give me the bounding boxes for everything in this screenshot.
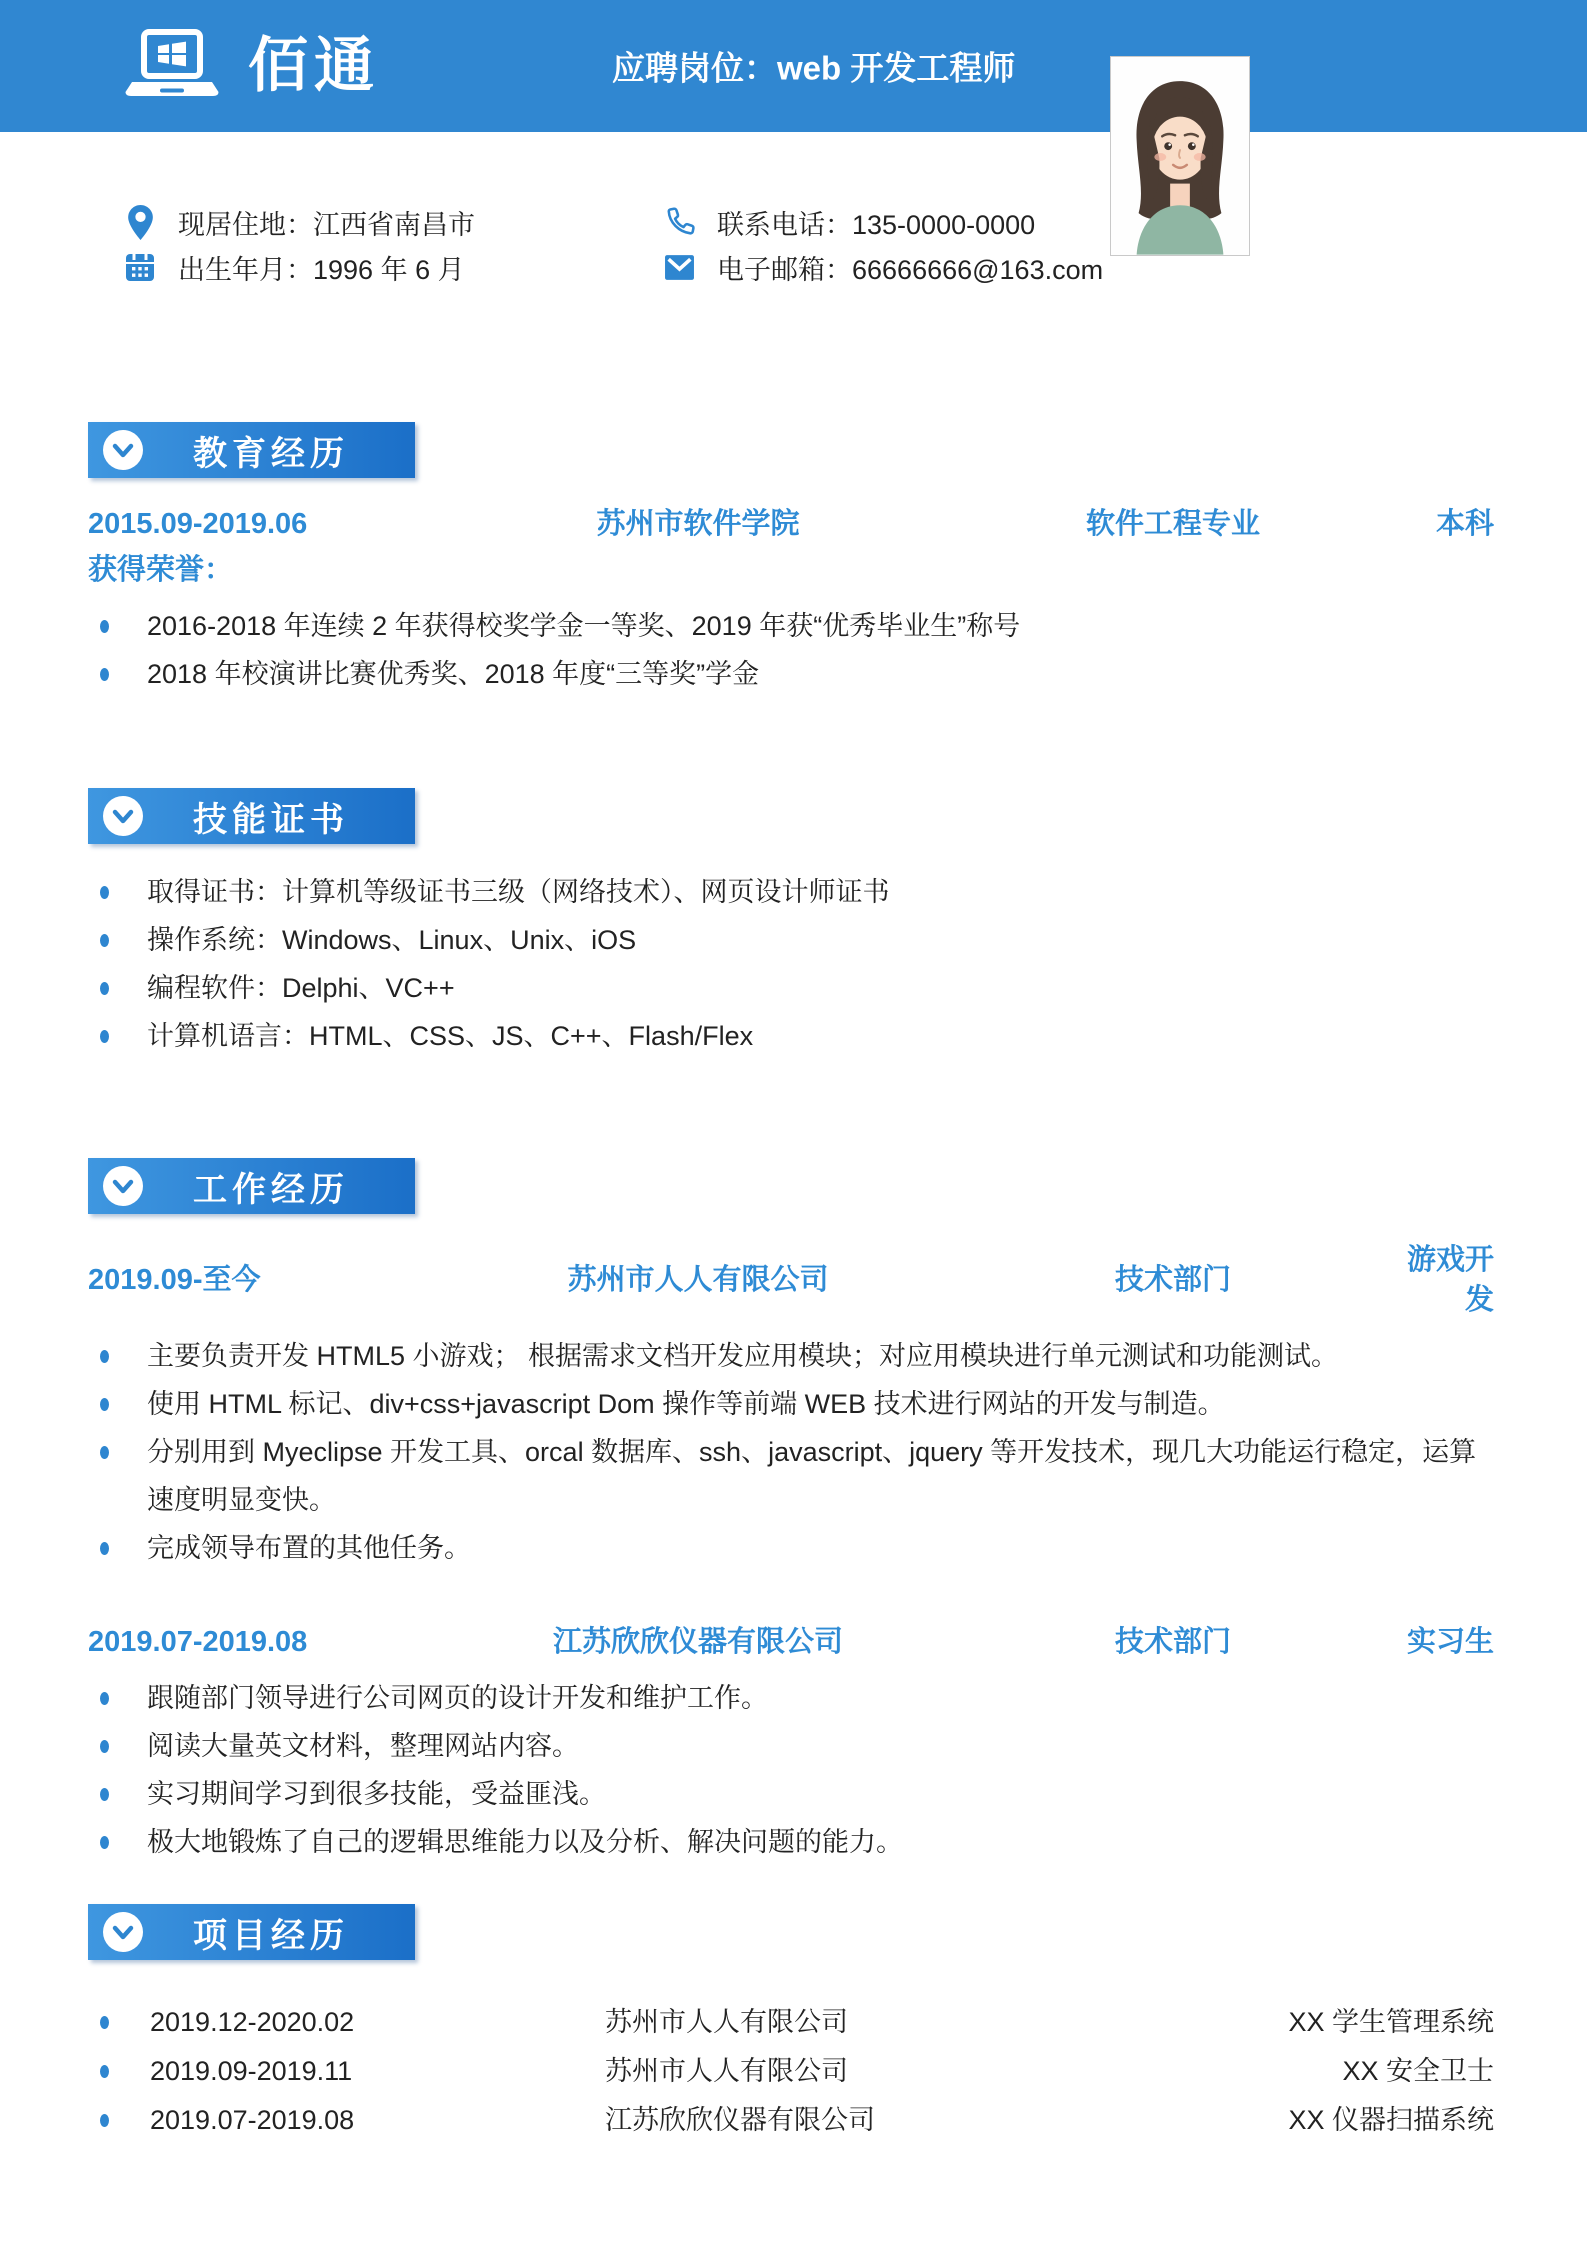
contact-birth: 出生年月：1996 年 6 月 [124,247,663,287]
list-item: 计算机语言：HTML、CSS、JS、C++、Flash/Flex [88,1012,1494,1060]
edu-degree: 本科 [1388,504,1494,544]
bullet-dot-icon [100,1740,109,1753]
section-title: 工作经历 [193,1162,349,1211]
skills-bullets: 取得证书：计算机等级证书三级（网络技术）、网页设计师证书 操作系统：Window… [88,868,1494,1060]
section-title: 项目经历 [193,1908,349,1957]
job-company: 苏州市人人有限公司 [438,1260,958,1300]
list-item: 使用 HTML 标记、div+css+javascript Dom 操作等前端 … [88,1380,1494,1428]
job2-bullets: 跟随部门领导进行公司网页的设计开发和维护工作。 阅读大量英文材料，整理网站内容。… [88,1674,1494,1866]
edu-major: 软件工程专业 [958,504,1388,544]
projects-list: 2019.12-2020.02 苏州市人人有限公司 XX 学生管理系统 2019… [88,1998,1494,2145]
contact-info: 现居住地：江西省南昌市 联系电话：135-0000-0000 [124,202,1124,287]
edu-date: 2015.09-2019.06 [88,504,438,544]
bullet-dot-icon [100,2114,109,2127]
honors-label: 获得荣誉： [88,550,1494,590]
skills-section-header: 技能证书 [88,788,415,844]
brand-title: 佰通 [248,36,380,96]
avatar [1110,56,1250,256]
bullet-dot-icon [100,668,109,681]
chevron-down-circle-icon [103,1166,143,1206]
section-title: 技能证书 [193,792,349,841]
chevron-down-circle-icon [103,430,143,470]
list-item: 实习期间学习到很多技能，受益匪浅。 [88,1770,1494,1818]
project-date: 2019.12-2020.02 [150,1998,354,2047]
list-item: 取得证书：计算机等级证书三级（网络技术）、网页设计师证书 [88,868,1494,916]
bullet-dot-icon [100,1398,109,1411]
table-row: 2019.12-2020.02 苏州市人人有限公司 XX 学生管理系统 [88,1998,1494,2047]
job-department: 技术部门 [958,1622,1388,1662]
bullet-dot-icon [100,1692,109,1705]
edu-school: 苏州市软件学院 [438,504,958,544]
bullet-dot-icon [100,2016,109,2029]
header-bar: 佰通 应聘岗位：web 开发工程师 [0,0,1587,132]
project-date: 2019.07-2019.08 [150,2096,354,2145]
envelope-icon [663,248,695,286]
education-entry-row: 2015.09-2019.06 苏州市软件学院 软件工程专业 本科 [88,504,1494,544]
list-item: 跟随部门领导进行公司网页的设计开发和维护工作。 [88,1674,1494,1722]
bullet-dot-icon [100,934,109,947]
bullet-dot-icon [100,2065,109,2078]
project-date: 2019.09-2019.11 [150,2047,352,2096]
position-applied: 应聘岗位：web 开发工程师 [612,43,1015,90]
location-pin-icon [124,203,156,241]
list-item: 编程软件：Delphi、VC++ [88,964,1494,1012]
job1-bullets: 主要负责开发 HTML5 小游戏； 根据需求文档开发应用模块；对应用模块进行单元… [88,1332,1494,1572]
table-row: 2019.07-2019.08 江苏欣欣仪器有限公司 XX 仪器扫描系统 [88,2096,1494,2145]
job1-entry-row: 2019.09-至今 苏州市人人有限公司 技术部门 游戏开发 [88,1240,1494,1320]
resume-page: 佰通 应聘岗位：web 开发工程师 [0,0,1587,2245]
job-company: 江苏欣欣仪器有限公司 [438,1622,958,1662]
project-company: 苏州市人人有限公司 [605,2047,1205,2096]
contact-email: 电子邮箱：66666666@163.com [663,247,1124,287]
list-item: 极大地锻炼了自己的逻辑思维能力以及分析、解决问题的能力。 [88,1818,1494,1866]
work-section-header: 工作经历 [88,1158,415,1214]
bullet-dot-icon [100,886,109,899]
project-name: XX 安全卫士 [1205,2047,1494,2096]
section-education: 教育经历 2015.09-2019.06 苏州市软件学院 软件工程专业 本科 获… [88,422,1494,698]
project-company: 苏州市人人有限公司 [605,1998,1205,2047]
phone-icon [663,203,695,241]
bullet-dot-icon [100,1030,109,1043]
chevron-down-circle-icon [103,796,143,836]
phone-label: 联系电话：135-0000-0000 [717,203,1035,242]
section-title: 教育经历 [193,426,349,475]
calendar-icon [124,248,156,286]
job-department: 技术部门 [958,1260,1388,1300]
list-item: 操作系统：Windows、Linux、Unix、iOS [88,916,1494,964]
bullet-dot-icon [100,1446,109,1459]
chevron-down-circle-icon [103,1912,143,1952]
job-date: 2019.07-2019.08 [88,1622,438,1662]
list-item: 主要负责开发 HTML5 小游戏； 根据需求文档开发应用模块；对应用模块进行单元… [88,1332,1494,1380]
laptop-windows-icon [122,28,222,105]
section-projects: 项目经历 2019.12-2020.02 苏州市人人有限公司 XX 学生管理系统… [88,1904,1494,2145]
list-item: 2016-2018 年连续 2 年获得校奖学金一等奖、2019 年获“优秀毕业生… [88,602,1494,650]
job2-entry-row: 2019.07-2019.08 江苏欣欣仪器有限公司 技术部门 实习生 [88,1622,1494,1662]
section-skills: 技能证书 取得证书：计算机等级证书三级（网络技术）、网页设计师证书 操作系统：W… [88,788,1494,1060]
list-item: 2018 年校演讲比赛优秀奖、2018 年度“三等奖”学金 [88,650,1494,698]
bullet-dot-icon [100,982,109,995]
residence-label: 现居住地：江西省南昌市 [178,203,475,242]
bullet-dot-icon [100,1350,109,1363]
projects-section-header: 项目经历 [88,1904,415,1960]
project-name: XX 仪器扫描系统 [1205,2096,1494,2145]
contact-residence: 现居住地：江西省南昌市 [124,202,663,242]
bullet-dot-icon [100,1542,109,1555]
brand: 佰通 [122,28,380,105]
job-date: 2019.09-至今 [88,1260,438,1300]
education-bullets: 2016-2018 年连续 2 年获得校奖学金一等奖、2019 年获“优秀毕业生… [88,602,1494,698]
contact-phone: 联系电话：135-0000-0000 [663,202,1124,242]
list-item: 分别用到 Myeclipse 开发工具、orcal 数据库、ssh、javasc… [88,1428,1494,1524]
bullet-dot-icon [100,1836,109,1849]
list-item: 阅读大量英文材料，整理网站内容。 [88,1722,1494,1770]
project-name: XX 学生管理系统 [1205,1998,1494,2047]
project-company: 江苏欣欣仪器有限公司 [605,2096,1205,2145]
job-role: 游戏开发 [1388,1240,1494,1320]
bullet-dot-icon [100,620,109,633]
job-role: 实习生 [1388,1622,1494,1662]
section-work: 工作经历 2019.09-至今 苏州市人人有限公司 技术部门 游戏开发 主要负责… [88,1158,1494,1866]
education-section-header: 教育经历 [88,422,415,478]
email-label: 电子邮箱：66666666@163.com [717,248,1103,287]
birth-label: 出生年月：1996 年 6 月 [178,248,465,287]
bullet-dot-icon [100,1788,109,1801]
list-item: 完成领导布置的其他任务。 [88,1524,1494,1572]
table-row: 2019.09-2019.11 苏州市人人有限公司 XX 安全卫士 [88,2047,1494,2096]
